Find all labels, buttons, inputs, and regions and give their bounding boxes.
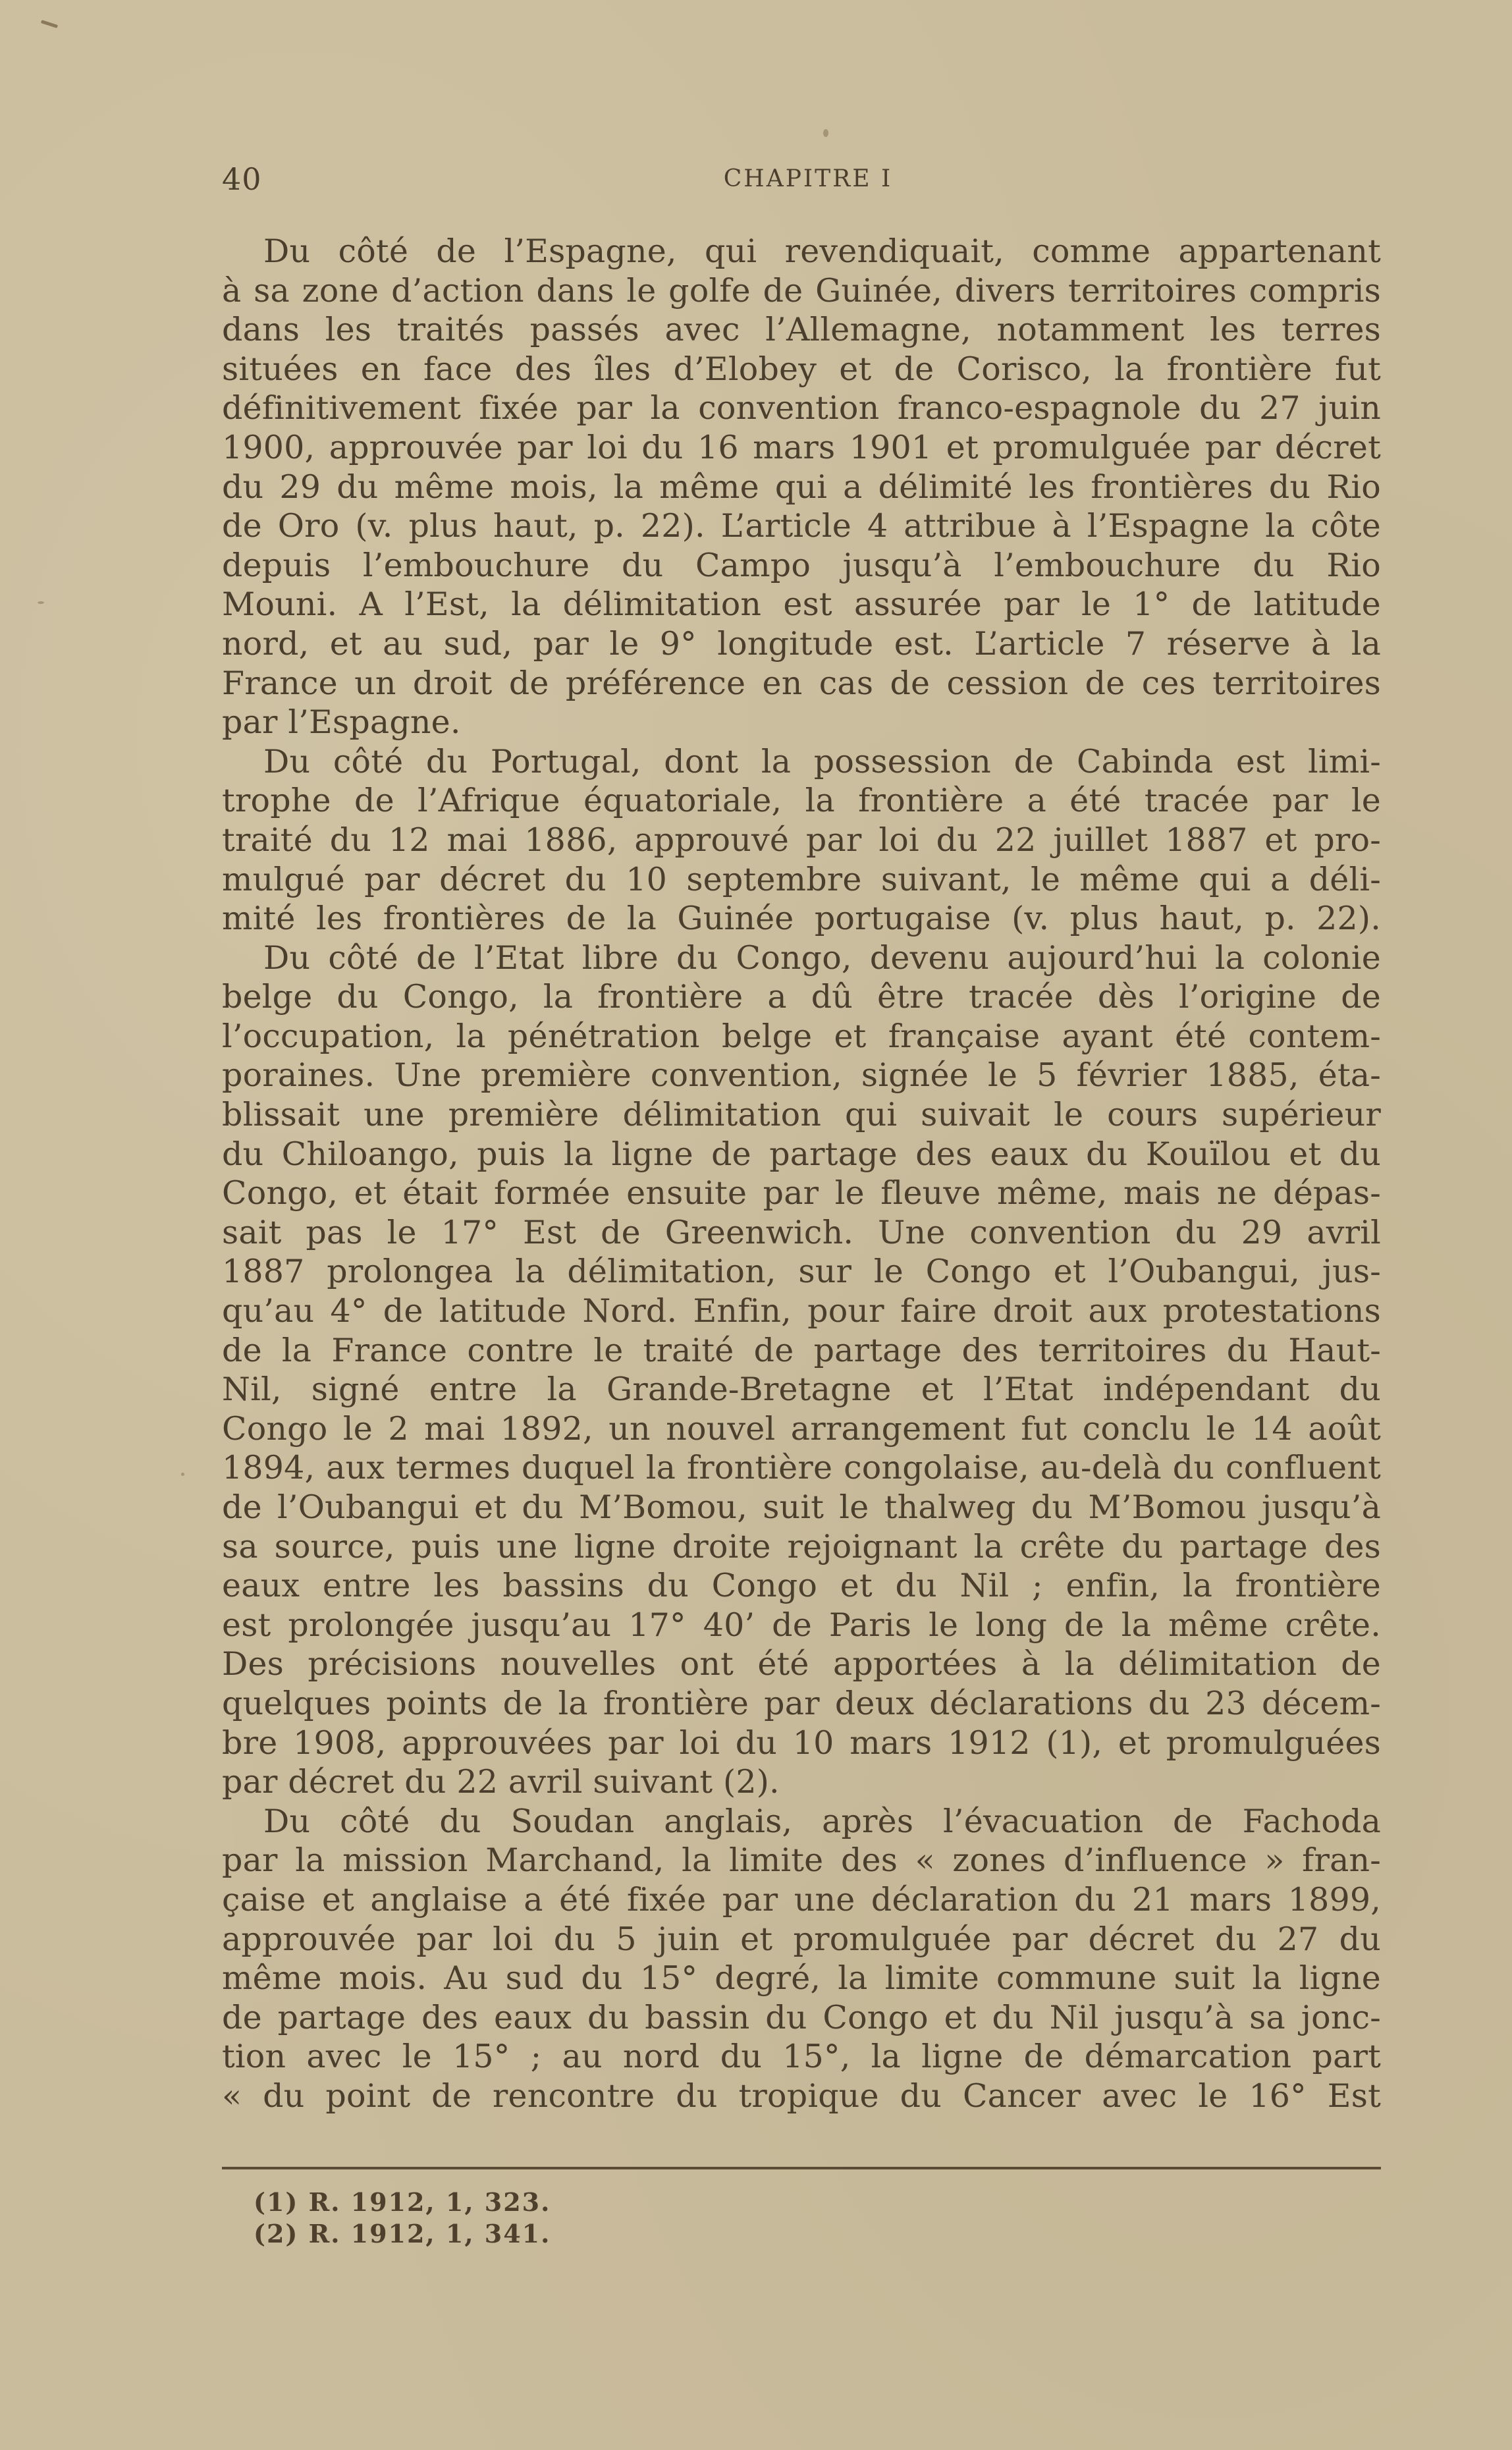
- text-line: « du point de rencontre du tropique du C…: [222, 2077, 1381, 2116]
- text-line: poraines. Une première convention, signé…: [222, 1056, 1381, 1095]
- text-line: du 29 du même mois, la même qui a délimi…: [222, 468, 1381, 507]
- text-line: çaise et anglaise a été fixée par une dé…: [222, 1880, 1381, 1920]
- text-line: blissait une première délimitation qui s…: [222, 1095, 1381, 1135]
- text-line: par l’Espagne.: [222, 703, 1381, 742]
- text-line: Mouni. A l’Est, la délimitation est assu…: [222, 585, 1381, 624]
- paragraph-spain: Du côté de l’Espagne, qui revendiquait, …: [222, 232, 1381, 742]
- text-line: eaux entre les bassins du Congo et du Ni…: [222, 1566, 1381, 1606]
- text-line: trophe de l’Afrique équatoriale, la fron…: [222, 781, 1381, 821]
- text-line: de la France contre le traité de partage…: [222, 1331, 1381, 1371]
- footnotes: (1) R. 1912, 1, 323. (2) R. 1912, 1, 341…: [254, 2187, 1373, 2250]
- paper-speck-mark: [823, 129, 828, 137]
- text-line: situées en face des îles d’Elobey et de …: [222, 350, 1381, 389]
- paper-speck-mark: [41, 20, 58, 28]
- paper-speck-mark: [181, 1473, 184, 1476]
- footnote-1: (1) R. 1912, 1, 323.: [254, 2187, 1373, 2218]
- text-line: est prolongée jusqu’au 17° 40’ de Paris …: [222, 1606, 1381, 1645]
- text-line: Des précisions nouvelles ont été apporté…: [222, 1645, 1381, 1684]
- paragraph-soudan: Du côté du Soudan anglais, après l’évacu…: [222, 1802, 1381, 2116]
- text-line: mité les frontières de la Guinée portuga…: [222, 899, 1381, 939]
- text-line: définitivement fixée par la convention f…: [222, 389, 1381, 428]
- text-line: traité du 12 mai 1886, approuvé par loi …: [222, 821, 1381, 860]
- text-line: sait pas le 17° Est de Greenwich. Une co…: [222, 1213, 1381, 1253]
- text-line: par la mission Marchand, la limite des «…: [222, 1841, 1381, 1880]
- text-line: 1900, approuvée par loi du 16 mars 1901 …: [222, 428, 1381, 468]
- page-header: 40 CHAPITRE I: [222, 159, 1381, 199]
- text-line: tion avec le 15° ; au nord du 15°, la li…: [222, 2037, 1381, 2077]
- text-line: sa source, puis une ligne droite rejoign…: [222, 1527, 1381, 1567]
- text-line: Congo, et était formée ensuite par le fl…: [222, 1174, 1381, 1213]
- text-line: quelques points de la frontière par deux…: [222, 1684, 1381, 1724]
- text-line: par décret du 22 avril suivant (2).: [222, 1762, 1381, 1802]
- text-line: 1887 prolongea la délimitation, sur le C…: [222, 1252, 1381, 1292]
- text-line: belge du Congo, la frontière a dû être t…: [222, 977, 1381, 1017]
- text-line: Du côté de l’Espagne, qui revendiquait, …: [222, 232, 1381, 271]
- text-line: approuvée par loi du 5 juin et promulgué…: [222, 1920, 1381, 1959]
- text-line: Du côté de l’Etat libre du Congo, devenu…: [222, 939, 1381, 978]
- text-line: à sa zone d’action dans le golfe de Guin…: [222, 271, 1381, 311]
- paragraph-congo: Du côté de l’Etat libre du Congo, devenu…: [222, 939, 1381, 1802]
- text-line: 1894, aux termes duquel la frontière con…: [222, 1448, 1381, 1488]
- text-line: Du côté du Portugal, dont la possession …: [222, 742, 1381, 782]
- footnote-separator-rule: [222, 2167, 1381, 2169]
- text-line: bre 1908, approuvées par loi du 10 mars …: [222, 1724, 1381, 1763]
- text-line: de partage des eaux du bassin du Congo e…: [222, 1998, 1381, 2038]
- footnote-2: (2) R. 1912, 1, 341.: [254, 2218, 1373, 2250]
- text-line: de Oro (v. plus haut, p. 22). L’article …: [222, 506, 1381, 546]
- body-text: Du côté de l’Espagne, qui revendiquait, …: [222, 232, 1381, 2116]
- text-line: l’occupation, la pénétration belge et fr…: [222, 1017, 1381, 1056]
- text-line: qu’au 4° de latitude Nord. Enfin, pour f…: [222, 1292, 1381, 1331]
- paragraph-portugal: Du côté du Portugal, dont la possession …: [222, 742, 1381, 939]
- text-line: de l’Oubangui et du M’Bomou, suit le tha…: [222, 1488, 1381, 1527]
- text-line: même mois. Au sud du 15° degré, la limit…: [222, 1959, 1381, 1998]
- text-line: France un droit de préférence en cas de …: [222, 664, 1381, 703]
- text-line: du Chiloango, puis la ligne de partage d…: [222, 1135, 1381, 1174]
- paper-speck-mark: [38, 601, 44, 604]
- text-line: mulgué par décret du 10 septembre suivan…: [222, 860, 1381, 900]
- text-line: Congo le 2 mai 1892, un nouvel arrangeme…: [222, 1409, 1381, 1449]
- text-line: depuis l’embouchure du Campo jusqu’à l’e…: [222, 546, 1381, 585]
- text-line: dans les traités passés avec l’Allemagne…: [222, 310, 1381, 350]
- running-head: CHAPITRE I: [222, 159, 1381, 199]
- text-line: Du côté du Soudan anglais, après l’évacu…: [222, 1802, 1381, 1841]
- text-line: Nil, signé entre la Grande-Bretagne et l…: [222, 1370, 1381, 1409]
- text-line: nord, et au sud, par le 9° longitude est…: [222, 624, 1381, 664]
